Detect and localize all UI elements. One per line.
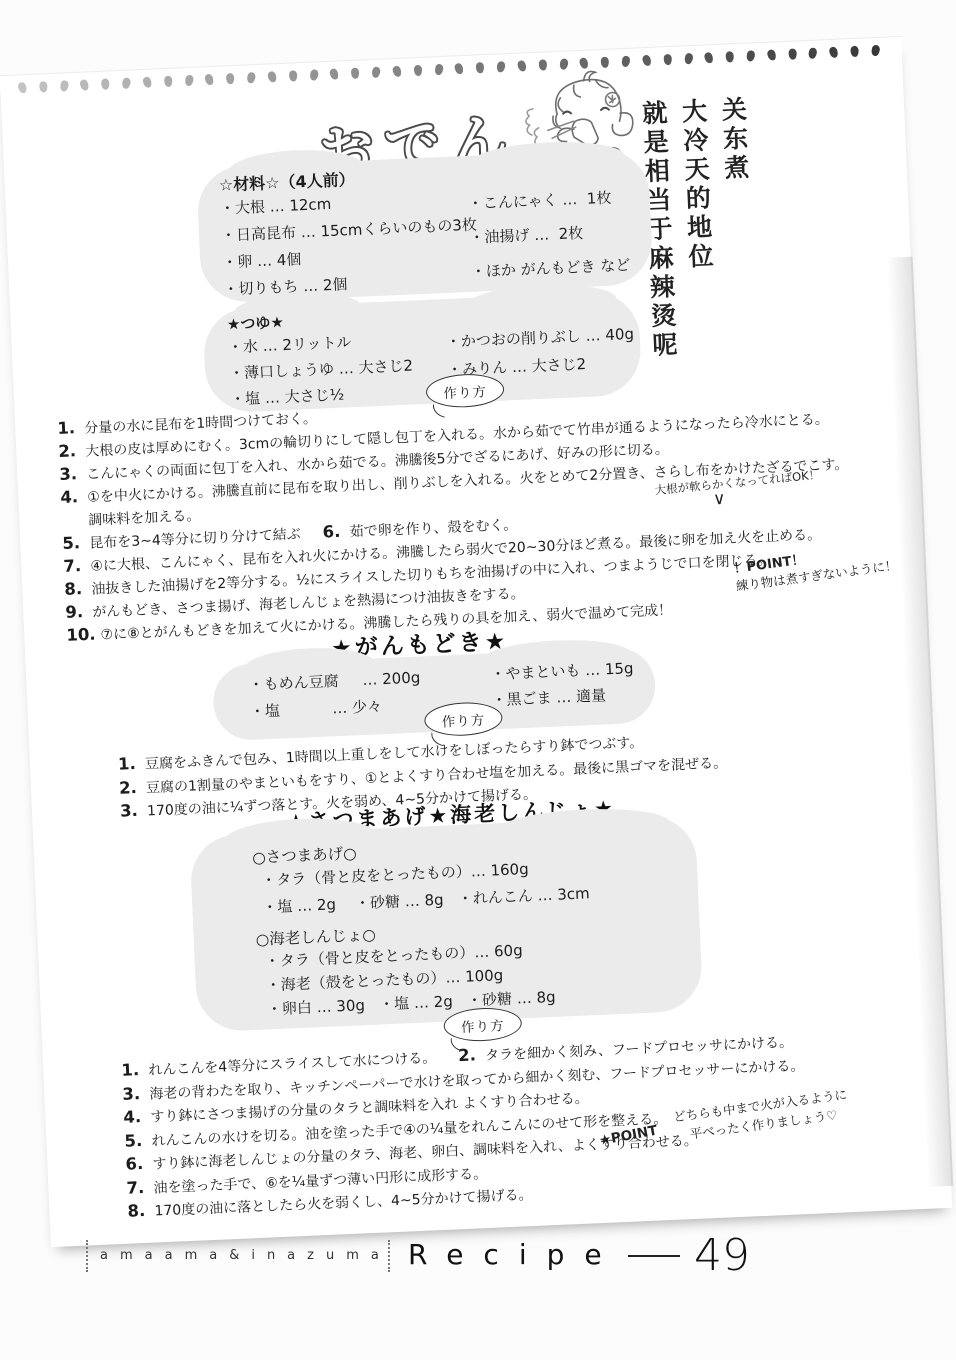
howto-label: 作り方 bbox=[443, 380, 487, 402]
binding-hole bbox=[371, 66, 381, 78]
binding-hole bbox=[17, 81, 28, 94]
binding-hole bbox=[309, 68, 319, 80]
materials-cloud: ☆材料☆（4人前） ・大根 … 12cm・日高昆布 … 15cmくらいのもの3枚… bbox=[196, 148, 654, 304]
step-number bbox=[62, 525, 84, 526]
binding-hole bbox=[829, 45, 840, 58]
chinese-caption-col-1: 关东煮 bbox=[715, 96, 762, 397]
binding-hole bbox=[871, 44, 881, 56]
binding-hole bbox=[434, 63, 444, 75]
scanned-recipe-page: おでん 关东煮 大冷天的地位 就是相当于麻辣烫呢 ☆材料☆ bbox=[0, 0, 956, 1360]
materials-left-column: ・大根 … 12cm・日高昆布 … 15cmくらいのもの3枚・卵 … 4個・切り… bbox=[219, 185, 471, 304]
notebook-page: おでん 关东煮 大冷天的地位 就是相当于麻辣烫呢 ☆材料☆ bbox=[0, 36, 952, 1247]
binding-hole bbox=[746, 49, 756, 61]
series-name: amaama&inazuma bbox=[100, 1248, 391, 1263]
page-edge-shading bbox=[887, 257, 954, 1187]
daikon-note-arrow: ∨ bbox=[713, 489, 726, 510]
step-number: 1. bbox=[118, 753, 141, 776]
step-number: 3. bbox=[120, 800, 143, 823]
ganmodoki-right-column: ・やまといも … 15g・黒ごま … 適量 bbox=[490, 655, 635, 715]
oden-steps-list: 1.分量の水に昆布を1時間つけておく。2.大根の皮は厚めにむく。3cmの輪切りに… bbox=[57, 384, 855, 648]
step-number: 2. bbox=[119, 776, 142, 799]
step-number: 3. bbox=[122, 1082, 145, 1105]
binding-hole bbox=[59, 79, 69, 91]
step-number: 4. bbox=[60, 486, 83, 509]
step-number: 7. bbox=[126, 1176, 149, 1199]
binding-hole bbox=[414, 64, 422, 75]
binding-hole bbox=[454, 62, 465, 75]
howto-label: 作り方 bbox=[461, 1014, 505, 1036]
binding-hole bbox=[204, 73, 215, 86]
step-number: 10. bbox=[66, 624, 96, 647]
footer-dotted-separator bbox=[86, 1240, 88, 1272]
binding-hole bbox=[788, 48, 796, 59]
step-number: 9. bbox=[65, 601, 88, 624]
binding-hole bbox=[683, 52, 693, 64]
binding-hole bbox=[808, 47, 818, 59]
binding-hole bbox=[101, 78, 109, 89]
binding-hole bbox=[289, 70, 297, 81]
binding-hole bbox=[726, 51, 734, 62]
binding-hole bbox=[851, 45, 859, 56]
ingredient-line: ・ほか がんもどき など bbox=[470, 248, 631, 289]
binding-hole bbox=[351, 67, 359, 78]
binding-hole bbox=[476, 62, 484, 73]
binding-hole bbox=[496, 60, 506, 72]
step-number: 8. bbox=[64, 578, 87, 601]
binding-hole bbox=[704, 51, 715, 64]
binding-hole bbox=[142, 75, 153, 88]
step-number: 5. bbox=[124, 1129, 147, 1152]
binding-hole bbox=[121, 77, 131, 89]
step-number: 7. bbox=[63, 555, 86, 578]
binding-hole bbox=[329, 67, 340, 80]
footer-dash bbox=[628, 1255, 680, 1257]
tsuyu-left-column: ・水 … 2リットル・薄口しょうゆ … 大さじ2・塩 … 大さじ½ bbox=[227, 325, 448, 412]
page-footer: amaama&inazuma Recipe 49 bbox=[0, 1238, 956, 1288]
step-number: 6. bbox=[322, 521, 345, 544]
ingredient-line: ・黒ごま … 適量 bbox=[491, 681, 635, 713]
binding-hole bbox=[392, 64, 403, 77]
step-number: 2. bbox=[58, 440, 81, 463]
footer-dotted-separator bbox=[388, 1240, 390, 1272]
tsuyu-cloud: ★つゆ★ ・水 … 2リットル・薄口しょうゆ … 大さじ2・塩 … 大さじ½ ・… bbox=[202, 291, 642, 414]
binding-hole bbox=[226, 73, 234, 84]
binding-hole bbox=[164, 75, 172, 86]
step-number: 3. bbox=[59, 463, 82, 486]
binding-hole bbox=[663, 53, 671, 64]
satsumaage-cloud: ○さつまあげ○ ・タラ（骨と皮をとったもの）… 160g・塩 … 2g ・砂糖 … bbox=[189, 815, 703, 1033]
binding-hole bbox=[766, 48, 777, 61]
binding-hole bbox=[246, 71, 256, 83]
howto-label: 作り方 bbox=[441, 708, 485, 730]
binding-hole bbox=[184, 74, 194, 86]
recipe-number: 49 bbox=[694, 1230, 750, 1281]
binding-hole bbox=[39, 81, 47, 92]
binding-holes bbox=[18, 43, 880, 95]
binding-hole bbox=[267, 70, 278, 83]
step-number: 8. bbox=[127, 1200, 150, 1223]
materials-right-column: ・こんにゃく … 1枚・油揚げ … 2枚・ほか がんもどき など bbox=[467, 178, 631, 293]
step-text: 調味料を加える。 bbox=[88, 508, 201, 529]
step-number: 1. bbox=[121, 1059, 144, 1082]
step-number: 1. bbox=[57, 417, 80, 440]
ingredient-line: ・こんにゃく … 1枚 bbox=[467, 180, 628, 221]
recipe-label: Recipe bbox=[408, 1238, 622, 1271]
step-number: 5. bbox=[62, 532, 85, 555]
step-number: 6. bbox=[125, 1153, 148, 1176]
chinese-caption-col-2: 大冷天的地位 bbox=[675, 97, 722, 398]
binding-hole bbox=[79, 78, 90, 91]
step-number: 4. bbox=[123, 1106, 146, 1129]
